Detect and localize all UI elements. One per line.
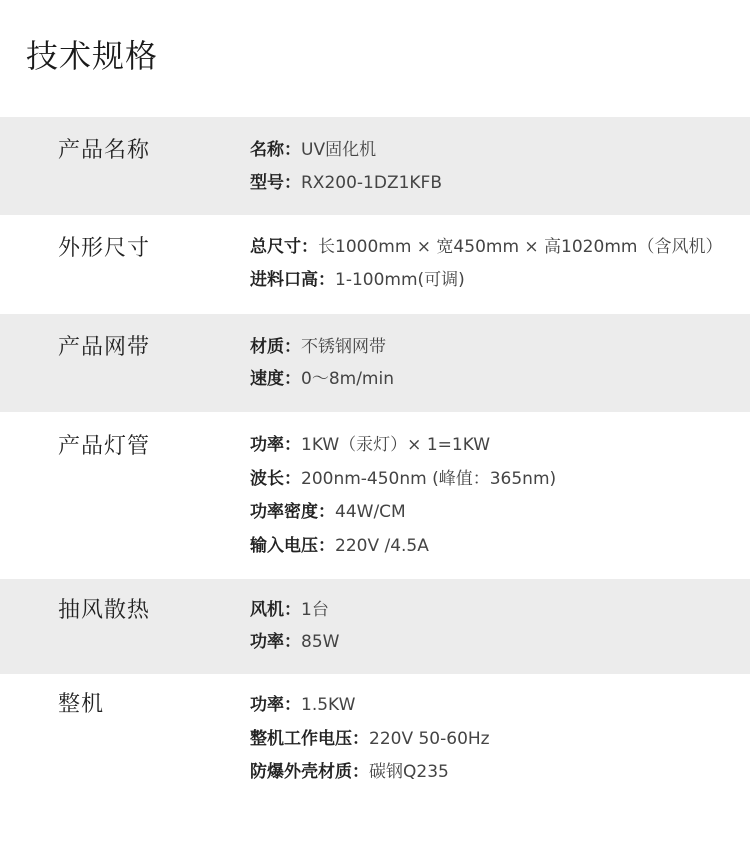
- spec-key: 名称：: [250, 140, 301, 160]
- spec-category-label: 外形尺寸: [58, 234, 150, 264]
- spec-value: 不锈钢网带: [301, 337, 386, 357]
- spec-line: 整机工作电压：220V 50-60Hz: [250, 723, 490, 757]
- spec-row-exhaust-cooling: 抽风散热 风机：1台 功率：85W: [0, 579, 750, 674]
- spec-items: 功率：1.5KW 整机工作电压：220V 50-60Hz 防爆外壳材质：碳钢Q2…: [250, 689, 490, 790]
- spec-key: 风机：: [250, 600, 301, 620]
- spec-key: 功率：: [250, 632, 301, 652]
- spec-key: 功率：: [250, 435, 301, 455]
- spec-category-label: 抽风散热: [58, 596, 150, 626]
- spec-row-whole-machine: 整机 功率：1.5KW 整机工作电压：220V 50-60Hz 防爆外壳材质：碳…: [0, 674, 750, 851]
- spec-value: 0～8m/min: [301, 369, 394, 389]
- spec-key: 功率密度：: [250, 502, 335, 522]
- spec-value: RX200-1DZ1KFB: [301, 173, 442, 193]
- spec-value: 220V /4.5A: [335, 536, 429, 556]
- spec-value: 碳钢Q235: [369, 762, 449, 782]
- spec-value: 85W: [301, 632, 339, 652]
- spec-value: 44W/CM: [335, 502, 406, 522]
- spec-key: 防爆外壳材质：: [250, 762, 369, 782]
- spec-line: 型号：RX200-1DZ1KFB: [250, 167, 442, 200]
- spec-line: 进料口高：1-100mm(可调): [250, 264, 722, 297]
- spec-key: 功率：: [250, 695, 301, 715]
- spec-line: 功率：85W: [250, 626, 339, 658]
- spec-value: 1.5KW: [301, 695, 355, 715]
- spec-table: 产品名称 名称：UV固化机 型号：RX200-1DZ1KFB 外形尺寸 总尺寸：…: [0, 117, 750, 851]
- spec-key: 进料口高：: [250, 270, 335, 290]
- spec-items: 功率：1KW（汞灯）× 1=1KW 波长：200nm-450nm (峰值：365…: [250, 429, 556, 563]
- spec-line: 名称：UV固化机: [250, 134, 442, 167]
- spec-row-mesh-belt: 产品网带 材质：不锈钢网带 速度：0～8m/min: [0, 314, 750, 412]
- spec-value: UV固化机: [301, 140, 376, 160]
- spec-line: 功率：1KW（汞灯）× 1=1KW: [250, 429, 556, 463]
- spec-value: 220V 50-60Hz: [369, 729, 490, 749]
- spec-category-label: 产品网带: [58, 333, 150, 363]
- spec-key: 材质：: [250, 337, 301, 357]
- spec-category-label: 产品名称: [58, 136, 150, 166]
- spec-value: 1-100mm(可调): [335, 270, 465, 290]
- spec-key: 速度：: [250, 369, 301, 389]
- spec-items: 材质：不锈钢网带 速度：0～8m/min: [250, 331, 394, 395]
- spec-line: 防爆外壳材质：碳钢Q235: [250, 756, 490, 790]
- spec-key: 总尺寸：: [250, 237, 318, 257]
- spec-line: 功率：1.5KW: [250, 689, 490, 723]
- spec-category-label: 整机: [58, 690, 104, 720]
- spec-key: 整机工作电压：: [250, 729, 369, 749]
- spec-line: 总尺寸：长1000mm × 宽450mm × 高1020mm（含风机）: [250, 231, 722, 264]
- spec-row-product-name: 产品名称 名称：UV固化机 型号：RX200-1DZ1KFB: [0, 117, 750, 215]
- spec-category-label: 产品灯管: [58, 432, 150, 462]
- spec-line: 功率密度：44W/CM: [250, 496, 556, 530]
- spec-line: 风机：1台: [250, 594, 339, 626]
- spec-value: 1台: [301, 600, 329, 620]
- spec-value: 1KW（汞灯）× 1=1KW: [301, 435, 490, 455]
- spec-line: 速度：0～8m/min: [250, 364, 394, 395]
- spec-items: 总尺寸：长1000mm × 宽450mm × 高1020mm（含风机） 进料口高…: [250, 231, 722, 297]
- spec-key: 波长：: [250, 469, 301, 489]
- spec-line: 材质：不锈钢网带: [250, 331, 394, 364]
- spec-key: 输入电压：: [250, 536, 335, 556]
- spec-value: 长1000mm × 宽450mm × 高1020mm（含风机）: [318, 237, 722, 257]
- spec-line: 输入电压：220V /4.5A: [250, 530, 556, 564]
- spec-row-lamp: 产品灯管 功率：1KW（汞灯）× 1=1KW 波长：200nm-450nm (峰…: [0, 412, 750, 579]
- spec-key: 型号：: [250, 173, 301, 193]
- spec-items: 风机：1台 功率：85W: [250, 594, 339, 658]
- spec-line: 波长：200nm-450nm (峰值：365nm): [250, 463, 556, 497]
- spec-value: 200nm-450nm (峰值：365nm): [301, 469, 556, 489]
- spec-row-dimensions: 外形尺寸 总尺寸：长1000mm × 宽450mm × 高1020mm（含风机）…: [0, 215, 750, 314]
- page-title: 技术规格: [26, 34, 158, 78]
- spec-items: 名称：UV固化机 型号：RX200-1DZ1KFB: [250, 134, 442, 200]
